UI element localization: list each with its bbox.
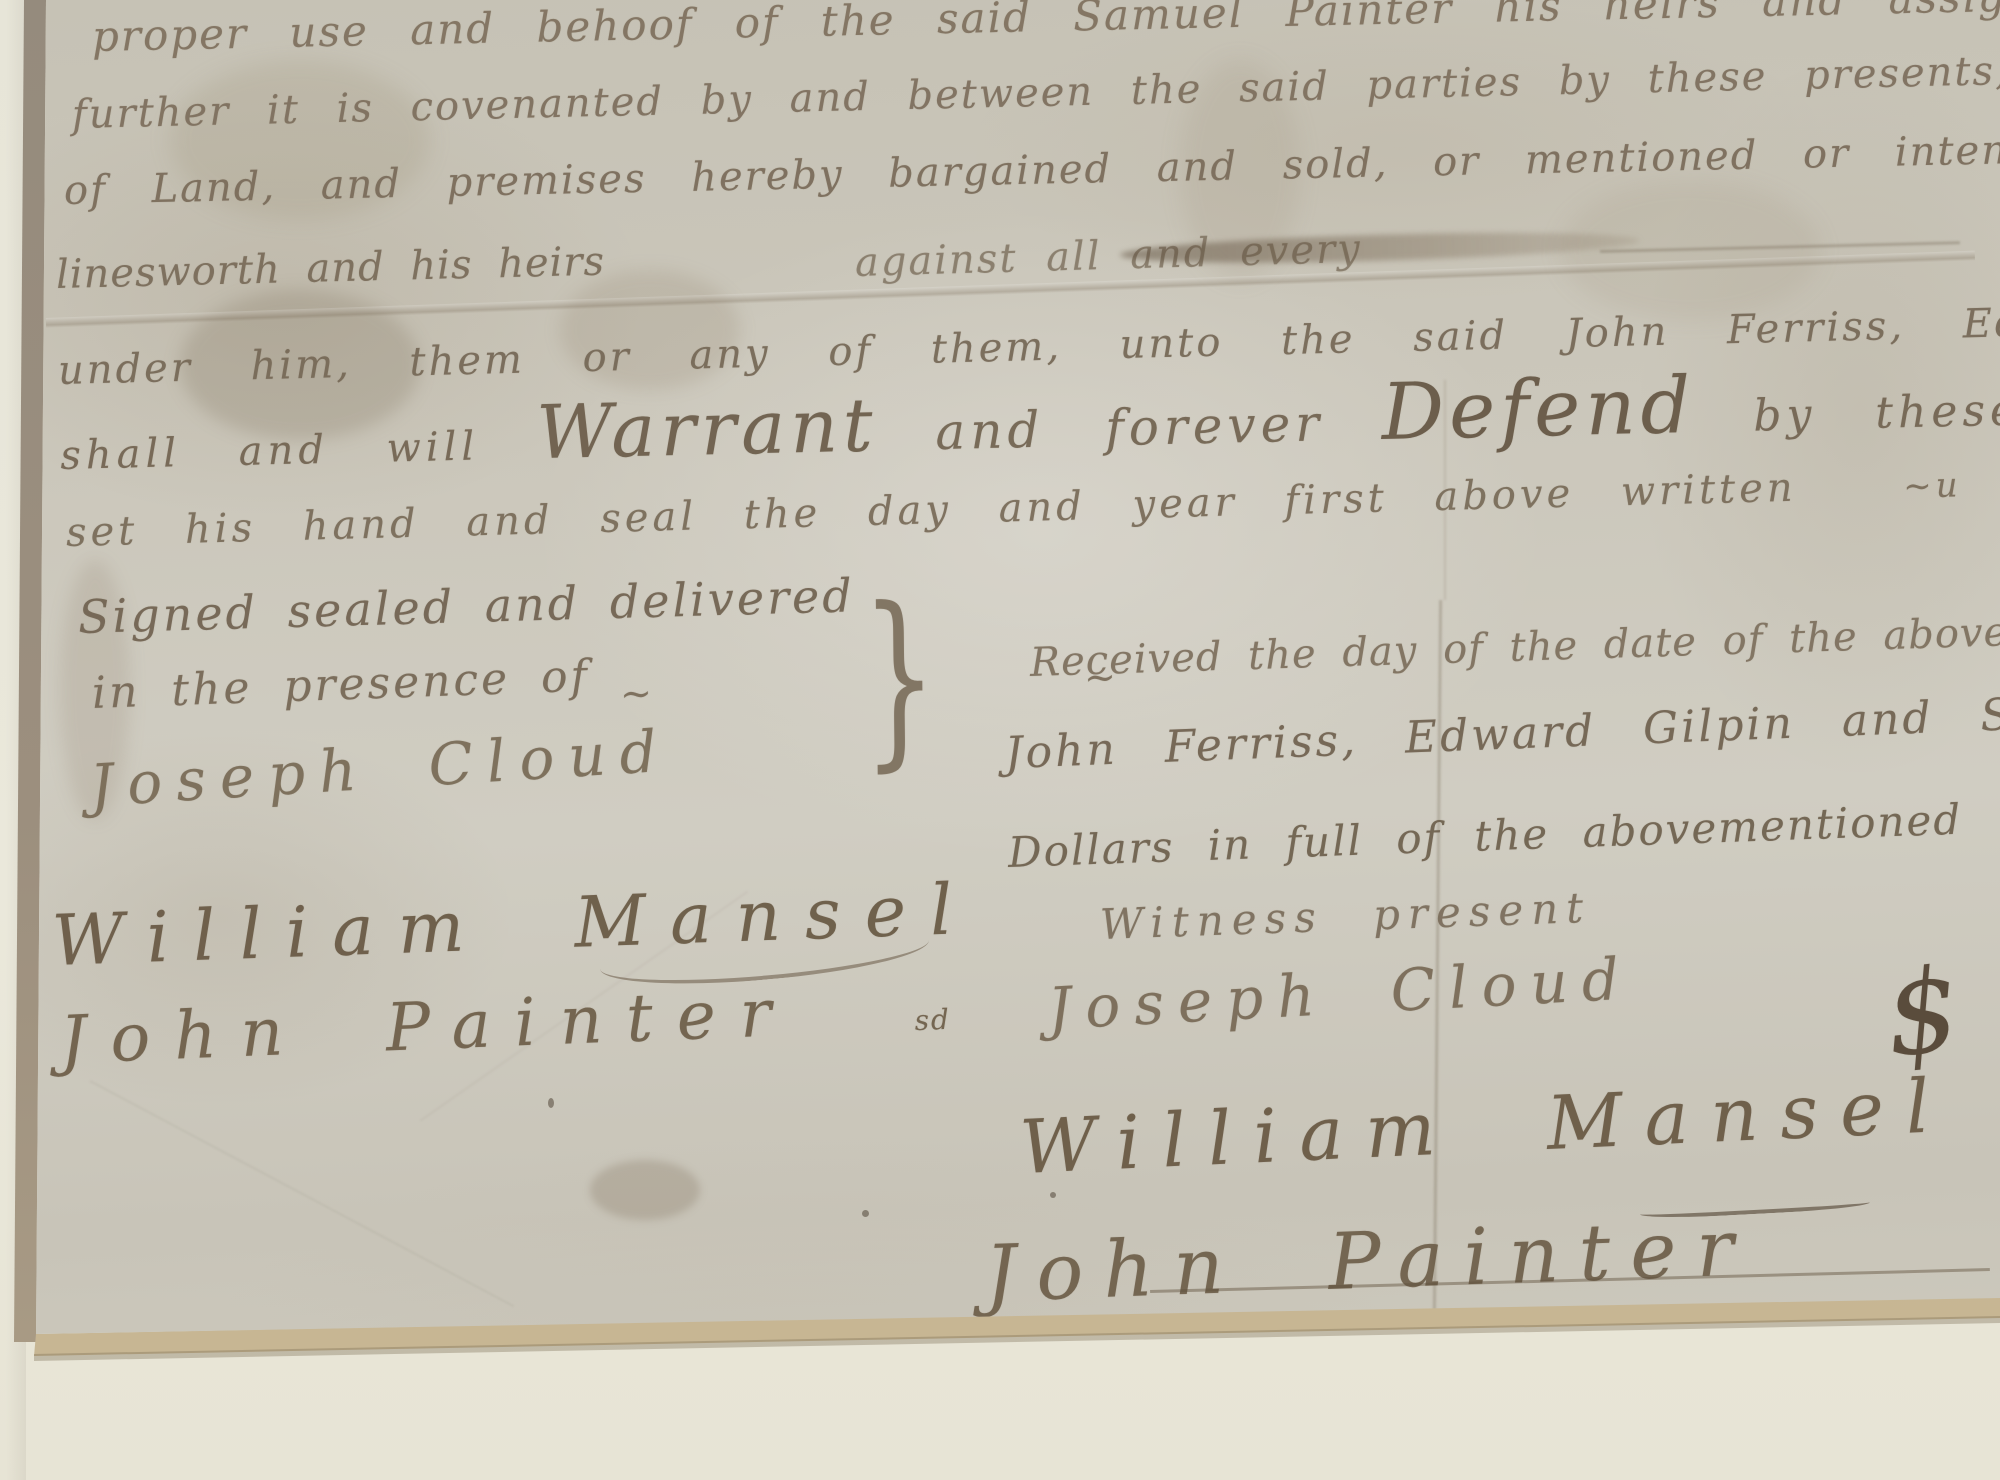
john-painter-left-suffix: sd: [914, 1003, 952, 1037]
ink-smudge-tail: [1600, 241, 1960, 253]
deed-line-2: further it is covenanted by and between …: [71, 48, 2000, 138]
framed-deed-photo: proper use and behoof of the said Samuel…: [0, 0, 2000, 1480]
receipt-line-2: John Ferriss, Edward Gilpin and Sa: [1004, 688, 2000, 779]
deed-line-6-tail: by these pre: [1753, 381, 2000, 441]
deed-line-7-tail: ~u: [1903, 465, 1962, 507]
warrant-word: Warrant: [536, 382, 879, 476]
signature-joseph-cloud-right: Joseph Cloud: [1046, 944, 1634, 1043]
handwriting-layer: proper use and behoof of the said Samuel…: [0, 0, 2000, 1480]
attestation-line-1: Signed sealed and delivered: [77, 568, 855, 644]
deed-line-6-lead: shall and will: [60, 423, 480, 478]
deed-line-4a: linesworth and his heirs: [55, 239, 605, 298]
signature-john-painter-right: John Painter: [983, 1203, 1755, 1320]
receipt-line-1: Received the day of the date of the abov…: [1029, 609, 2000, 686]
brace-mark: }: [861, 566, 938, 789]
parchment: proper use and behoof of the said Samuel…: [0, 0, 2000, 1480]
deed-line-3: of Land, and premises hereby bargained a…: [64, 126, 2000, 214]
deed-line-6-mid: and forever: [935, 394, 1325, 461]
attestation-line-2: in the presence of: [91, 651, 591, 719]
signature-john-painter-left: John Painter sd: [59, 968, 952, 1079]
deed-line-1: proper use and behoof of the said Samuel…: [91, 0, 2000, 61]
defend-word: Defend: [1381, 361, 1697, 458]
receipt-line-4: Witness present: [1099, 883, 1592, 949]
signature-william-mansel-right: William Mansel: [1018, 1063, 1953, 1191]
receipt-line-3: Dollars in full of the abovementioned: [1007, 795, 1963, 877]
dollar-mark: $: [1879, 943, 1966, 1084]
signature-joseph-cloud-left: Joseph Cloud: [88, 717, 673, 820]
john-painter-left-text: John Painter: [59, 974, 797, 1079]
